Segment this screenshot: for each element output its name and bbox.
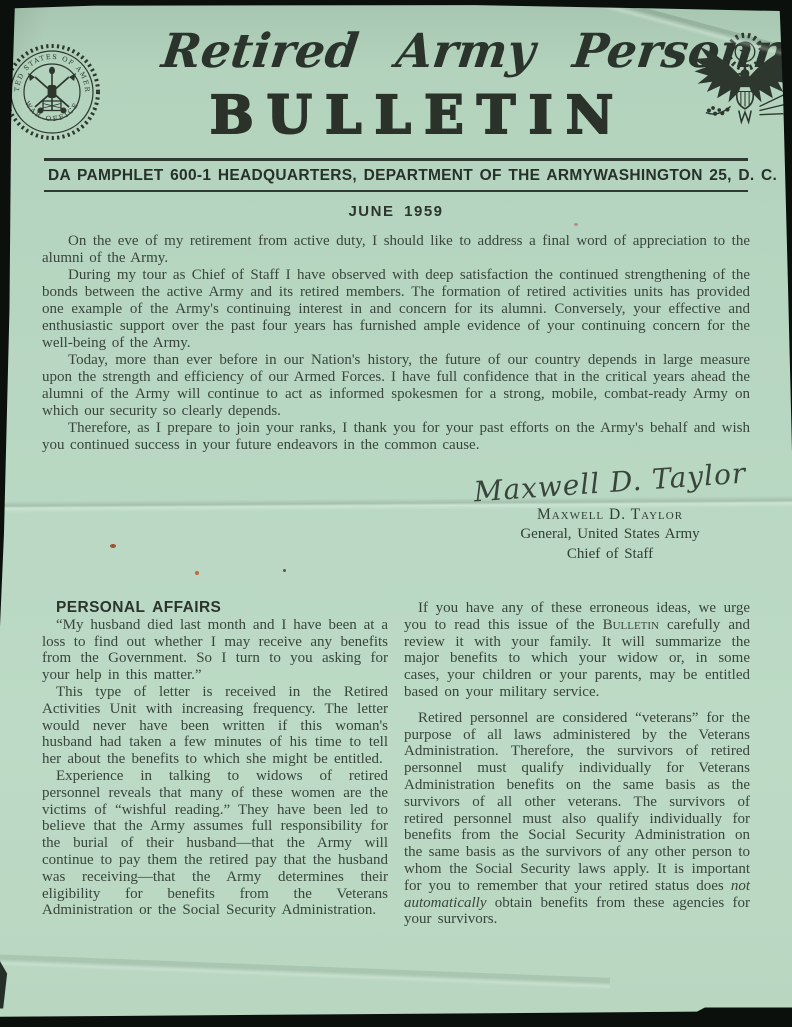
masthead-script-title: Retired Army Personnel: [159, 26, 635, 78]
personal-affairs-heading: PERSONAL AFFAIRS: [42, 600, 388, 617]
issue-date: JUNE 1959: [42, 203, 750, 220]
svg-text:UNITED STATES OF AMERICA: UNITED STATES OF AMERICA: [2, 42, 91, 93]
signatory-name: Maxwell D. Taylor: [470, 505, 750, 524]
pamphlet-id-text: DA PAMPHLET 600-1 HEADQUARTERS, DEPARTME…: [48, 167, 593, 185]
letter-paragraph: Today, more than ever before in our Nati…: [42, 352, 750, 420]
war-office-seal-icon: UNITED STATES OF AMERICA WAR OFFICE: [2, 42, 102, 142]
column-paragraph: Retired personnel are considered “vetera…: [404, 710, 750, 928]
bulletin-smallcaps-text: Bulletin: [603, 617, 659, 633]
letter-paragraph: On the eve of my retirement from active …: [42, 233, 750, 267]
scanned-bulletin-page: Retired Army Personnel BULLETIN DA PAMPH…: [0, 0, 792, 1027]
page-content: Retired Army Personnel BULLETIN DA PAMPH…: [0, 0, 792, 928]
masthead: Retired Army Personnel BULLETIN: [42, 0, 750, 158]
eagle-olive-branch: [706, 106, 731, 116]
eagle-seal: [682, 26, 792, 163]
column-paragraph: If you have any of these erroneous ideas…: [404, 600, 750, 701]
signatory-title: Chief of Staff: [470, 544, 750, 564]
letter-body: On the eve of my retirement from active …: [42, 233, 750, 454]
fold-crease: [0, 954, 610, 990]
signature-script: Maxwell D. Taylor: [469, 456, 751, 509]
seal-emblem: [28, 67, 76, 114]
letter-paragraph: During my tour as Chief of Staff I have …: [42, 267, 750, 352]
city-text: WASHINGTON 25, D. C.: [593, 167, 777, 185]
seal-ring-text: UNITED STATES OF AMERICA: [2, 42, 91, 93]
column-paragraph: Experience in talking to widows of retir…: [42, 768, 388, 919]
left-column: PERSONAL AFFAIRS “My husband died last m…: [42, 600, 388, 928]
eagle-glory: [729, 35, 762, 68]
signatory-rank: General, United States Army: [470, 524, 750, 544]
personal-affairs-section: PERSONAL AFFAIRS “My husband died last m…: [42, 600, 750, 928]
eagle-arrows: [759, 91, 791, 116]
masthead-publication-line: DA PAMPHLET 600-1 HEADQUARTERS, DEPARTME…: [42, 161, 750, 190]
right-column: If you have any of these erroneous ideas…: [404, 600, 750, 928]
paper-sheet: Retired Army Personnel BULLETIN DA PAMPH…: [0, 0, 792, 1027]
column-paragraph: “My husband died last month and I have b…: [42, 617, 388, 684]
column-paragraph: This type of letter is received in the R…: [42, 684, 388, 768]
masthead-bulletin-title: BULLETIN: [172, 90, 664, 142]
war-office-seal: UNITED STATES OF AMERICA WAR OFFICE: [2, 42, 102, 147]
masthead-rule-bottom: [44, 190, 748, 192]
signature-block: Maxwell D. Taylor Maxwell D. Taylor Gene…: [470, 466, 750, 564]
letter-paragraph: Therefore, as I prepare to join your ran…: [42, 420, 750, 454]
eagle-seal-icon: [682, 26, 792, 158]
paragraph-text: Retired personnel are considered “vetera…: [404, 710, 750, 894]
